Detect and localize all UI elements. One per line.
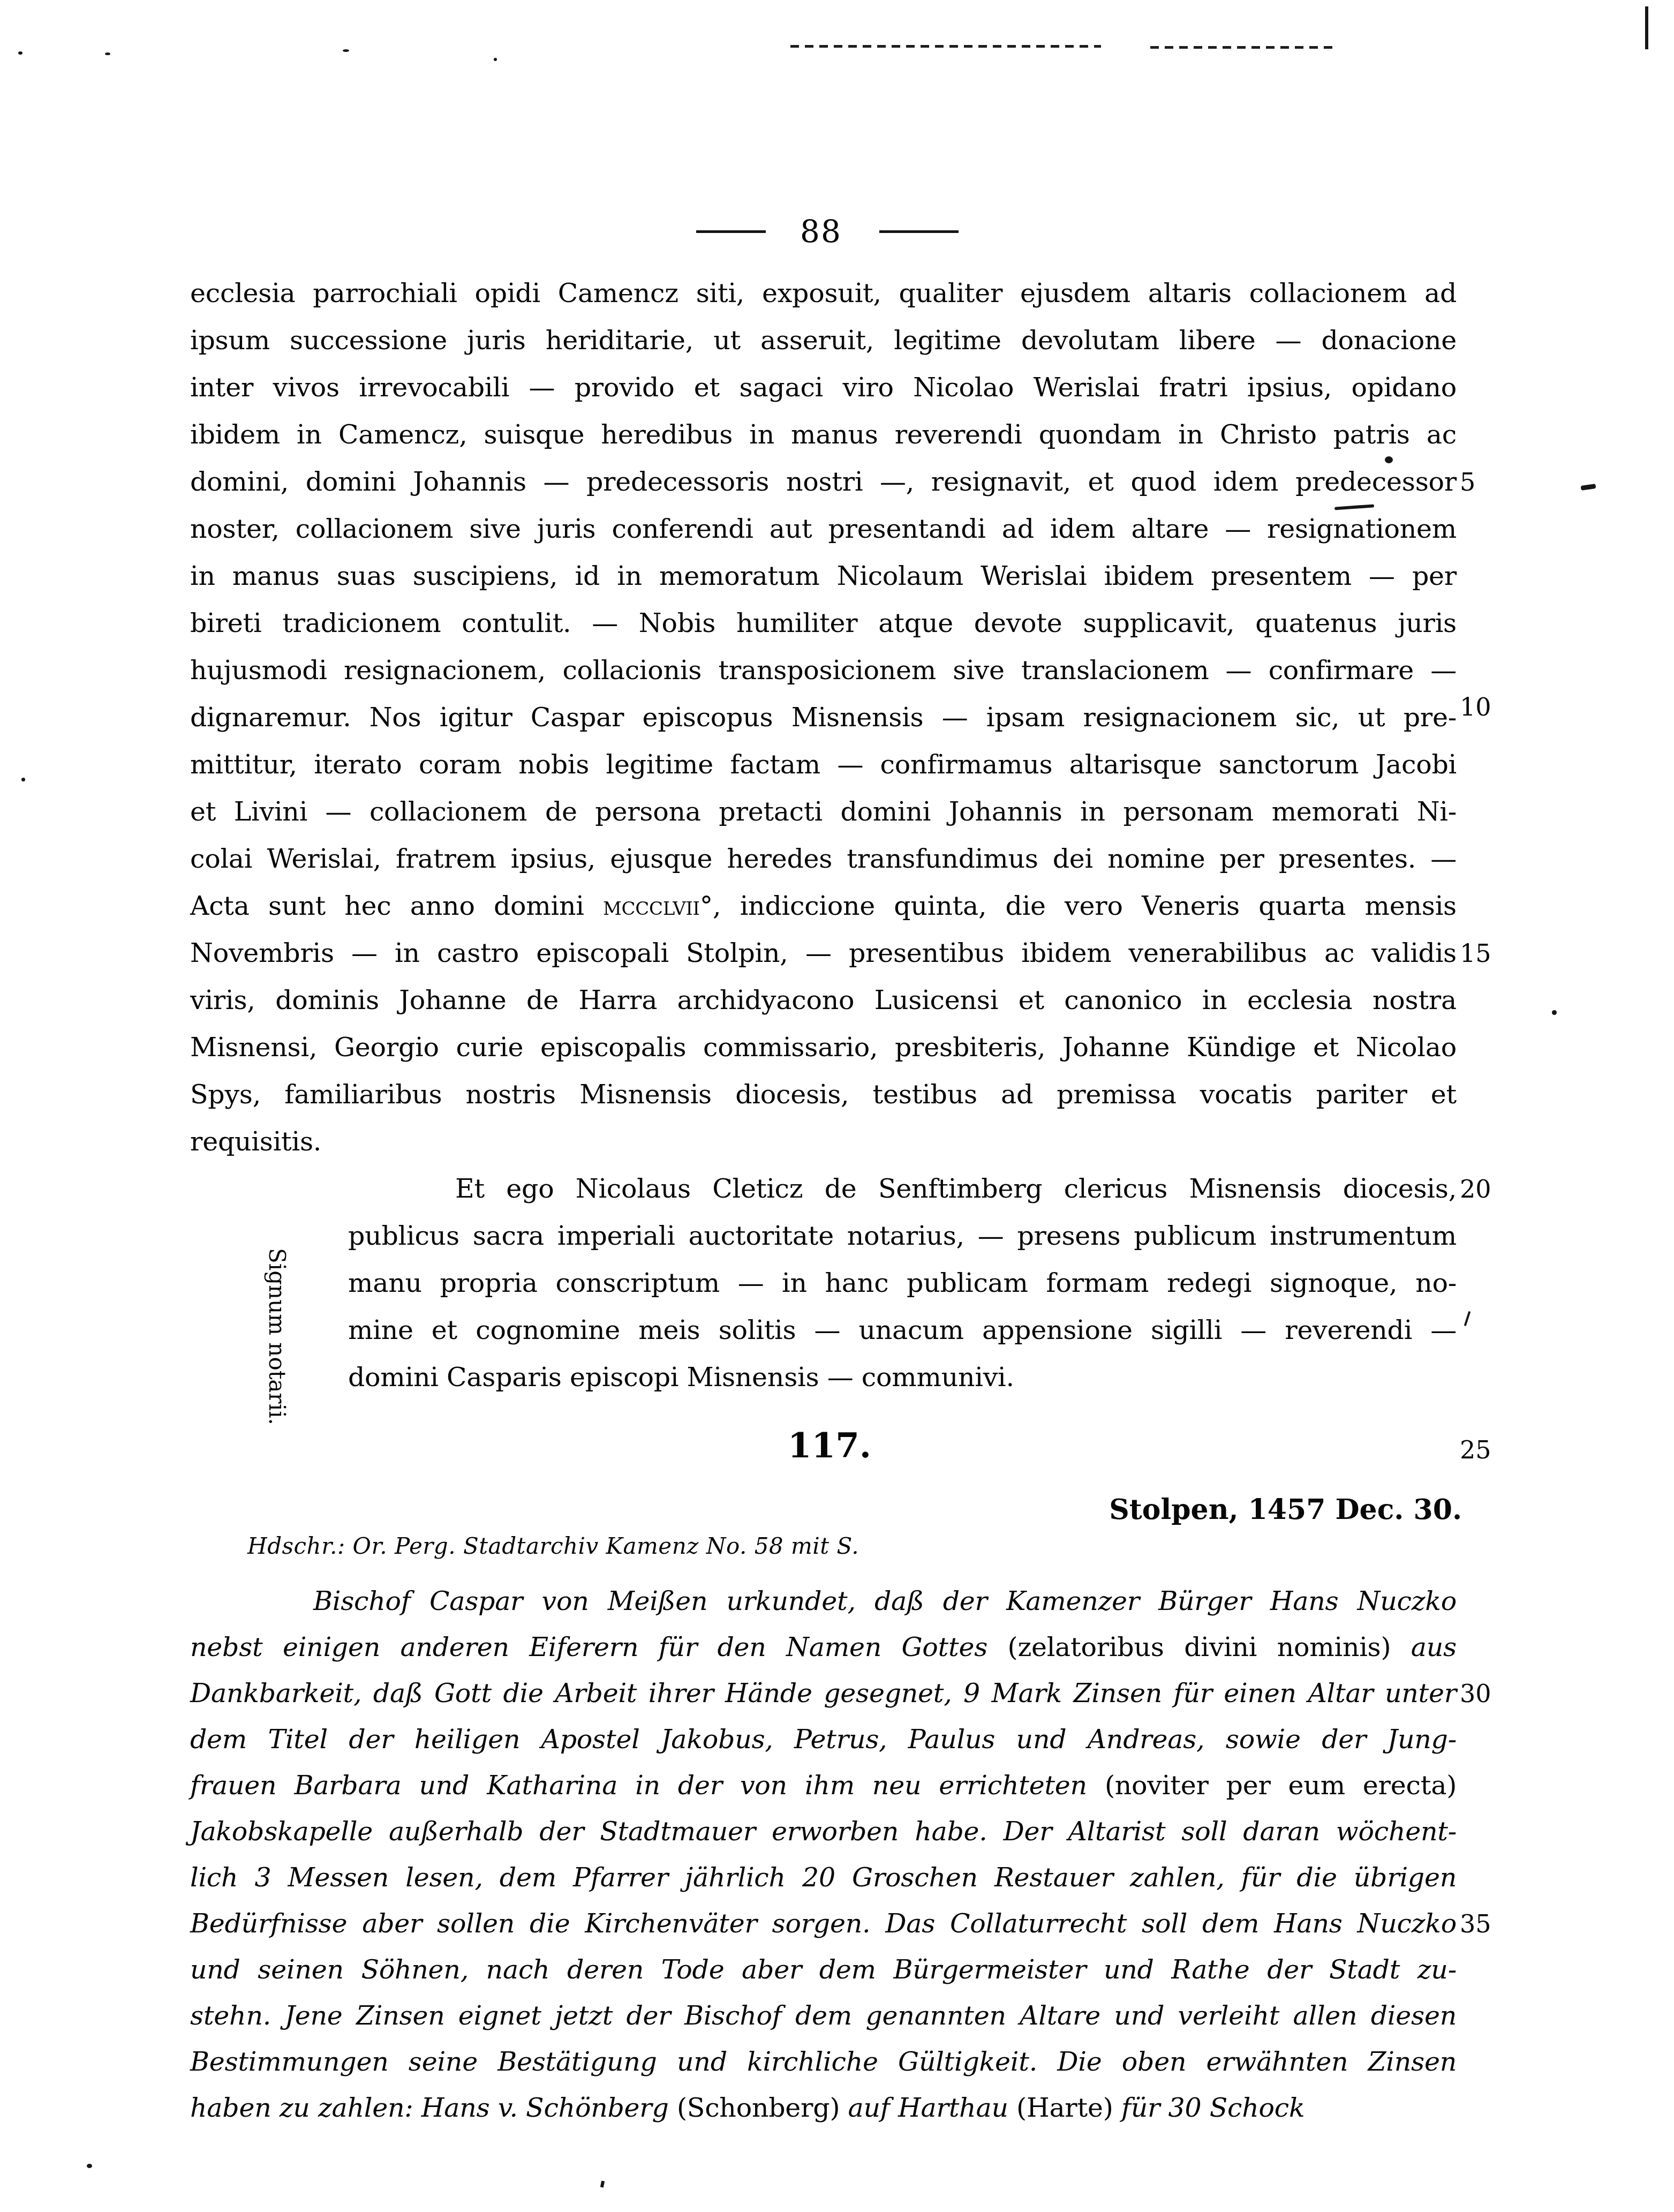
margin-line-number: 25 bbox=[1460, 1434, 1508, 1466]
latin-line: colai Werislai, fratrem ipsius, ejusque … bbox=[190, 836, 1457, 883]
german-line: Jakobskapelle außerhalb der Stadtmauer e… bbox=[190, 1809, 1457, 1855]
notary-line: domini Casparis episcopi Misnensis — com… bbox=[348, 1354, 1457, 1401]
entry-number-heading: 117. bbox=[0, 1426, 1667, 1466]
header-rule-right bbox=[879, 230, 959, 233]
latin-line: ipsum successione juris heriditarie, ut … bbox=[190, 317, 1457, 364]
scan-artifact bbox=[343, 49, 349, 52]
german-line: haben zu zahlen: Hans v. Schönberg (Scho… bbox=[190, 2085, 1457, 2131]
scan-artifact bbox=[87, 2164, 92, 2168]
latin-line: requisitis. bbox=[190, 1118, 1457, 1165]
latin-line: inter vivos irrevocabili — provido et sa… bbox=[190, 364, 1457, 411]
signum-notarii-sidenote: Signum notarii. bbox=[265, 1248, 289, 1409]
text-segment: Acta sunt hec anno domini bbox=[190, 891, 603, 921]
margin-line-number: 20 bbox=[1460, 1173, 1508, 1205]
scan-artifact bbox=[105, 52, 110, 55]
scan-artifact bbox=[18, 51, 22, 55]
text-segment: aus bbox=[1391, 1632, 1457, 1662]
scan-artifact bbox=[1150, 46, 1336, 49]
notary-line: Et ego Nicolaus Cleticz de Senftimberg c… bbox=[348, 1165, 1457, 1213]
latin-line: Spys, familiaribus nostris Misnensis dio… bbox=[190, 1071, 1457, 1118]
latin-line: ibidem in Camencz, suisque heredibus in … bbox=[190, 411, 1457, 458]
scan-artifact bbox=[21, 778, 25, 781]
notary-line: mine et cognomine meis solitis — unacum … bbox=[348, 1307, 1457, 1354]
text-segment: auf Harthau bbox=[840, 2093, 1016, 2123]
german-line: nebst einigen anderen Eiferern für den N… bbox=[190, 1624, 1457, 1671]
text-segment: für 30 Schock bbox=[1113, 2093, 1305, 2123]
latin-line: mittitur, iterato coram nobis legitime f… bbox=[190, 741, 1457, 788]
scan-artifact bbox=[1552, 1010, 1557, 1015]
margin-line-number: 10 bbox=[1460, 691, 1508, 723]
text-segment: nebst einigen anderen Eiferern für den N… bbox=[190, 1632, 1008, 1662]
latin-line: noster, collacionem sive juris conferend… bbox=[190, 506, 1457, 553]
scan-artifact bbox=[1464, 1311, 1471, 1326]
german-line: stehn. Jene Zinsen eignet jetzt der Bisc… bbox=[190, 1993, 1457, 2039]
latin-line: domini, domini Johannis — predecessoris … bbox=[190, 458, 1457, 506]
latin-line: Novembris — in castro episcopali Stolpin… bbox=[190, 930, 1457, 977]
latin-line: dignaremur. Nos igitur Caspar episcopus … bbox=[190, 694, 1457, 741]
scan-artifact bbox=[494, 58, 497, 61]
latin-line: ecclesia parrochiali opidi Camencz siti,… bbox=[190, 270, 1457, 317]
entry-dateline: Stolpen, 1457 Dec. 30. bbox=[1109, 1493, 1462, 1526]
page-header: 88 bbox=[0, 210, 1664, 253]
header-rule-left bbox=[696, 230, 766, 233]
german-line: Bedürfnisse aber sollen die Kirchenväter… bbox=[190, 1901, 1457, 1947]
scanned-book-page: 88 ecclesia parrochiali opidi Camencz si… bbox=[0, 0, 1674, 2212]
text-segment: (noviter per eum erecta) bbox=[1105, 1770, 1457, 1801]
text-segment: frauen Barbara und Katharina in der von … bbox=[190, 1770, 1105, 1801]
german-line: frauen Barbara und Katharina in der von … bbox=[190, 1763, 1457, 1809]
text-segment: °, indiccione quinta, die vero Veneris q… bbox=[700, 891, 1457, 921]
latin-line: et Livini — collacionem de persona preta… bbox=[190, 788, 1457, 836]
german-line: Bischof Caspar von Meißen urkundet, daß … bbox=[190, 1578, 1457, 1624]
latin-line: viris, dominis Johanne de Harra archidya… bbox=[190, 977, 1457, 1024]
german-line: dem Titel der heiligen Apostel Jakobus, … bbox=[190, 1717, 1457, 1763]
text-segment: (Harte) bbox=[1016, 2093, 1113, 2123]
margin-line-number: 5 bbox=[1460, 466, 1508, 498]
latin-line: hujusmodi resignacionem, collacionis tra… bbox=[190, 647, 1457, 694]
notary-line: publicus sacra imperiali auctoritate not… bbox=[348, 1213, 1457, 1260]
latin-line: Misnensi, Georgio curie episcopalis comm… bbox=[190, 1024, 1457, 1071]
text-segment: mccclvii bbox=[603, 891, 700, 921]
page-number: 88 bbox=[800, 213, 842, 250]
german-line: und seinen Söhnen, nach deren Tode aber … bbox=[190, 1947, 1457, 1993]
german-regest-block: Bischof Caspar von Meißen urkundet, daß … bbox=[190, 1578, 1457, 2131]
text-segment: (zelatoribus divini nominis) bbox=[1008, 1632, 1391, 1662]
scan-artifact bbox=[1581, 484, 1596, 491]
margin-line-number: 30 bbox=[1460, 1677, 1508, 1710]
german-line: lich 3 Messen lesen, dem Pfarrer jährlic… bbox=[190, 1855, 1457, 1901]
german-line: Bestimmungen seine Bestätigung und kirch… bbox=[190, 2039, 1457, 2085]
latin-line: Acta sunt hec anno domini mccclvii°, ind… bbox=[190, 883, 1457, 930]
margin-line-number: 35 bbox=[1460, 1908, 1508, 1940]
german-line: Dankbarkeit, daß Gott die Arbeit ihrer H… bbox=[190, 1671, 1457, 1717]
text-segment: (Schonberg) bbox=[677, 2093, 840, 2123]
scan-artifact bbox=[600, 2181, 605, 2188]
scan-artifact bbox=[790, 45, 1101, 48]
notary-subscription-block: Et ego Nicolaus Cleticz de Senftimberg c… bbox=[348, 1165, 1457, 1401]
latin-text-block: ecclesia parrochiali opidi Camencz siti,… bbox=[190, 270, 1457, 1165]
margin-line-number: 15 bbox=[1460, 937, 1508, 969]
scan-artifact bbox=[1645, 6, 1648, 49]
latin-line: in manus suas suscipiens, id in memoratu… bbox=[190, 553, 1457, 600]
notary-line: manu propria conscriptum — in hanc publi… bbox=[348, 1260, 1457, 1307]
latin-line: bireti tradicionem contulit. — Nobis hum… bbox=[190, 600, 1457, 647]
entry-source-note: Hdschr.: Or. Perg. Stadtarchiv Kamenz No… bbox=[247, 1533, 859, 1559]
text-segment: haben zu zahlen: Hans v. Schönberg bbox=[190, 2093, 677, 2123]
